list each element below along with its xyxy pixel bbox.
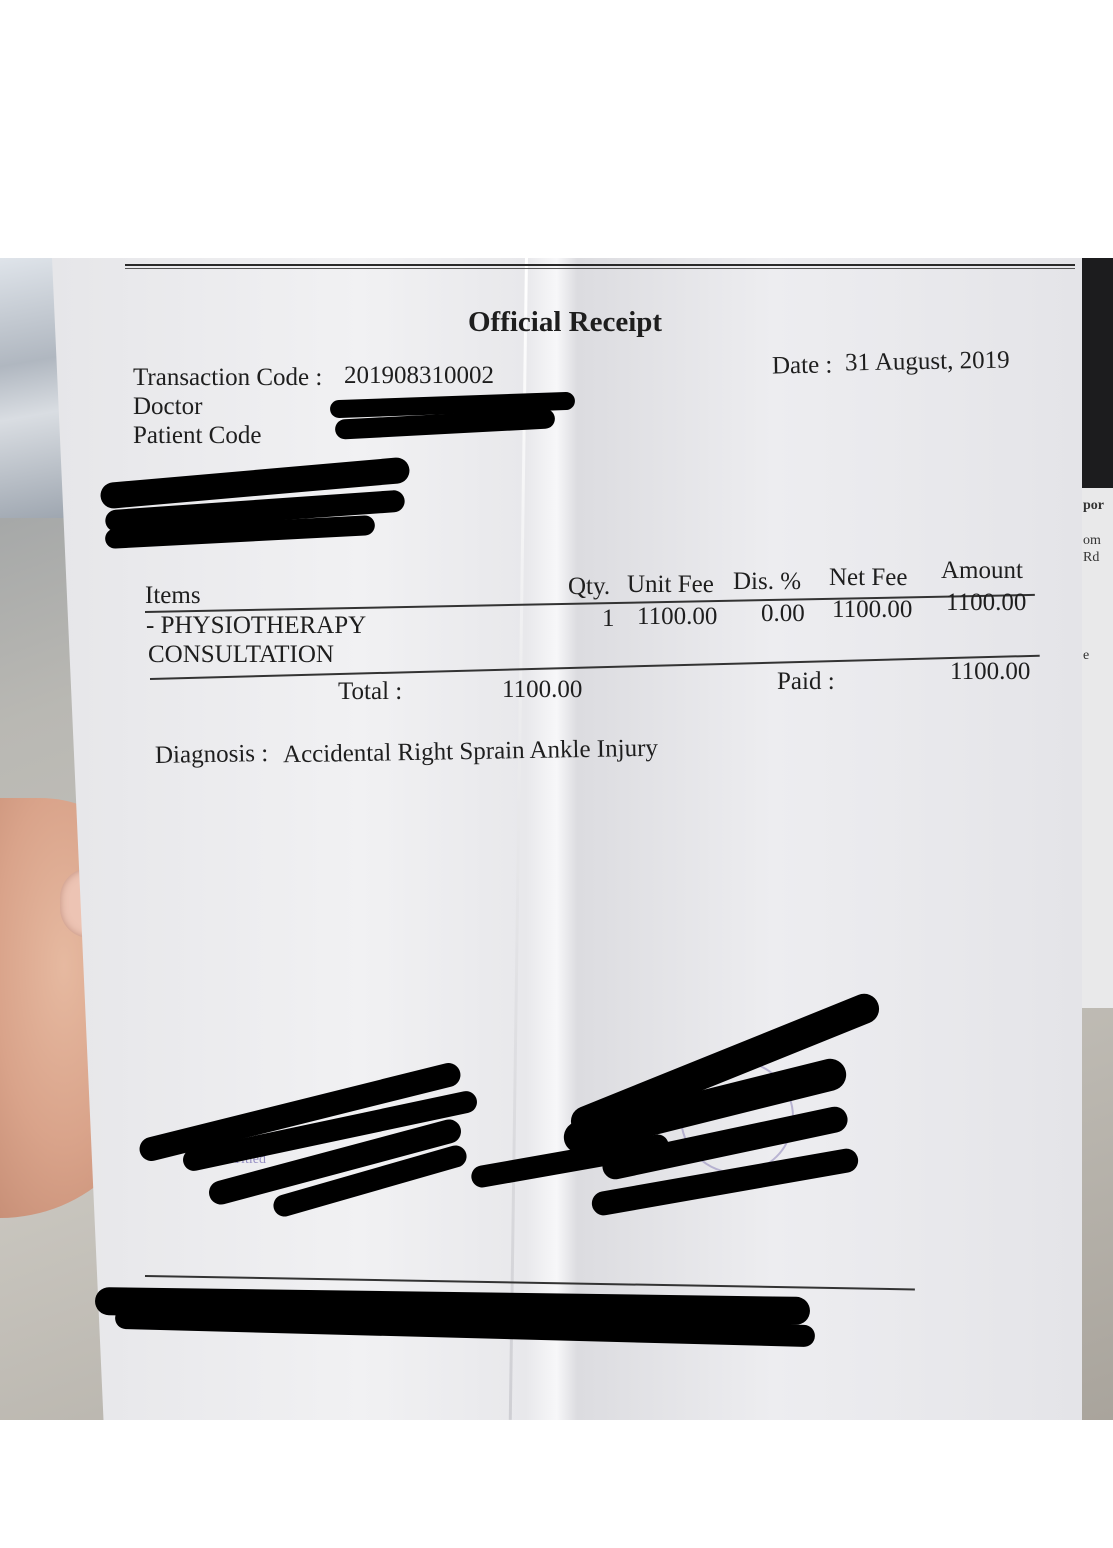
header-rule <box>125 264 1075 266</box>
fragment-text: Rd <box>1083 550 1099 566</box>
date-value: 31 August, 2019 <box>845 347 1010 378</box>
fragment-text: por <box>1083 498 1104 514</box>
col-discount: Dis. % <box>733 568 801 596</box>
doctor-label: Doctor <box>133 393 202 421</box>
col-unit-fee: Unit Fee <box>627 571 714 599</box>
transaction-code-value: 201908310002 <box>344 362 494 390</box>
date-label: Date : <box>772 351 833 380</box>
fragment-text: om <box>1083 533 1101 549</box>
col-qty: Qty. <box>568 573 610 601</box>
item-name-line2: CONSULTATION <box>148 641 334 669</box>
paid-value: 1100.00 <box>950 658 1030 686</box>
col-items: Items <box>145 582 201 610</box>
transaction-code-label: Transaction Code : <box>133 364 322 392</box>
item-qty: 1 <box>602 605 615 633</box>
total-value: 1100.00 <box>502 676 582 704</box>
patient-code-label: Patient Code <box>133 422 261 450</box>
item-amount: 1100.00 <box>946 589 1026 617</box>
item-net-fee: 1100.00 <box>832 596 912 624</box>
item-unit-fee: 1100.00 <box>637 603 717 631</box>
total-label: Total : <box>338 678 402 706</box>
header-rule <box>125 268 1075 269</box>
col-amount: Amount <box>941 557 1023 585</box>
fragment-text: e <box>1083 648 1089 664</box>
receipt-title: Official Receipt <box>468 306 662 339</box>
col-net-fee: Net Fee <box>829 564 907 592</box>
diagnosis-label: Diagnosis : <box>155 740 269 770</box>
item-discount: 0.00 <box>761 600 805 628</box>
paid-label: Paid : <box>777 668 835 696</box>
item-name-line1: - PHYSIOTHERAPY <box>146 612 366 640</box>
